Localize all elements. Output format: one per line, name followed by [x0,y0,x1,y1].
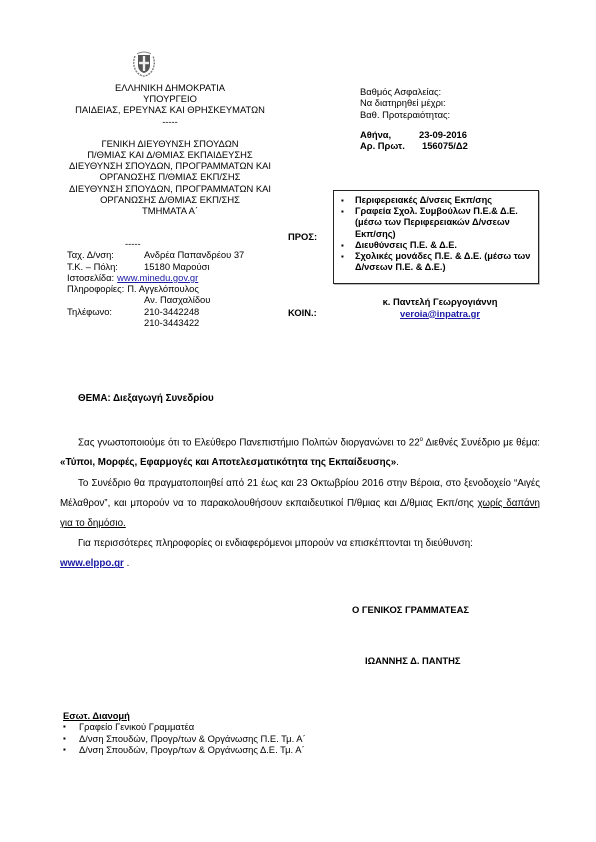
retain-label: Να διατηρηθεί μέχρι: [360,97,468,108]
cc-block: κ. Παντελή Γεωργογιάννη veroia@inpatra.g… [340,296,540,319]
header-line: ΕΛΛΗΝΙΚΗ ΔΗΜΟΚΡΑΤΙΑ [60,82,280,93]
to-label: ΠΡΟΣ: [288,231,317,242]
distribution-item: Δ/νση Σπουδών, Προγρ/των & Οργάνωσης Π.Ε… [63,733,306,744]
info-value: Π. Αγγελόπουλος [127,283,199,294]
paragraph: www.elppo.gr . [60,554,540,574]
city-value: 15180 Μαρούσι [144,261,209,272]
city-label: Τ.Κ. – Πόλη: [67,261,144,272]
security-label: Βαθμός Ασφαλείας: [360,86,468,97]
recipient-item: Διευθύνσεις Π.Ε. & Δ.Ε. [340,240,532,251]
website-label: Ιστοσελίδα: [67,272,114,283]
recipient-item: Περιφερειακές Δ/νσεις Εκπ/σης [340,195,532,206]
paragraph-text: . [124,558,129,569]
conference-website-link[interactable]: www.elppo.gr [60,558,124,569]
org-line: ΟΡΓΑΝΩΣΗΣ Π/ΘΜΙΑΣ ΕΚΠ/ΣΗΣ [60,171,280,182]
street-label: Ταχ. Δ/νση: [67,249,144,260]
header-line: ΠΑΙΔΕΙΑΣ, ΕΡΕΥΝΑΣ ΚΑΙ ΘΡΗΣΚΕΥΜΑΤΩΝ [60,104,280,115]
document-metadata: Βαθμός Ασφαλείας: Να διατηρηθεί μέχρι: Β… [360,86,468,151]
recipients-box: Περιφερειακές Δ/νσεις Εκπ/σης Γραφεία Σχ… [333,190,539,284]
paragraph-text: Διεθνές Συνέδριο με θέμα: [423,437,540,448]
header-separator: ----- [60,116,280,127]
org-line: ΤΜΗΜΑΤΑ Α΄ [60,205,280,216]
recipient-item: Σχολικές μονάδες Π.Ε. & Δ.Ε. (μέσω των Δ… [340,251,532,273]
street-value: Ανδρέα Παπανδρέου 37 [144,249,244,260]
paragraph-text: . [396,457,399,468]
org-line: ΔΙΕΥΘΥΝΣΗ ΣΠΟΥΔΩΝ, ΠΡΟΓΡΑΜΜΑΤΩΝ ΚΑΙ [60,160,280,171]
org-line: ΓΕΝΙΚΗ ΔΙΕΥΘΥΝΣΗ ΣΠΟΥΔΩΝ [60,138,280,149]
cc-email-link[interactable]: veroia@inpatra.gr [400,308,480,319]
address-separator: ----- [67,238,287,249]
priority-label: Βαθ. Προτεραιότητας: [360,109,468,120]
signatory-name: ΙΩΑΝΝΗΣ Δ. ΠΑΝΤΗΣ [365,655,460,666]
address-block: ----- Ταχ. Δ/νση:Ανδρέα Παπανδρέου 37 Τ.… [67,238,287,328]
paragraph: Το Συνέδριο θα πραγματοποιηθεί από 21 έω… [60,474,540,535]
distribution-item: Γραφείο Γενικού Γραμματέα [63,721,306,732]
phone-value: 210-3442248 [144,306,199,317]
letter-body: Σας γνωστοποιούμε ότι το Ελεύθερο Πανεπι… [60,430,540,575]
paragraph-text: Για περισσότερες πληροφορίες οι ενδιαφερ… [78,538,473,549]
protocol-number: 156075/Δ2 [419,140,468,151]
subject-line: ΘΕΜΑ: Διεξαγωγή Συνεδρίου [78,393,214,404]
distribution-heading: Εσωτ. Διανομή [63,710,306,721]
website-link[interactable]: www.minedu.gov.gr [117,272,198,283]
document-date: 23-09-2016 [419,129,467,140]
signatory-title: Ο ΓΕΝΙΚΟΣ ΓΡΑΜΜΑΤΕΑΣ [352,604,469,615]
info-value: Αν. Πασχαλίδου [144,294,210,305]
org-line: ΔΙΕΥΘΥΝΣΗ ΣΠΟΥΔΩΝ, ΠΡΟΓΡΑΜΜΑΤΩΝ ΚΑΙ [60,183,280,194]
paragraph-text: Σας γνωστοποιούμε ότι το Ελεύθερο Πανεπι… [78,437,420,448]
paragraph: Για περισσότερες πληροφορίες οι ενδιαφερ… [60,534,540,554]
greek-coat-of-arms-icon [129,50,159,78]
ministry-header: ΕΛΛΗΝΙΚΗ ΔΗΜΟΚΡΑΤΙΑ ΥΠΟΥΡΓΕΙΟ ΠΑΙΔΕΙΑΣ, … [60,82,280,216]
phone-label: Τηλέφωνο: [67,306,144,317]
info-label: Πληροφορίες: [67,283,124,294]
cc-label: ΚΟΙΝ.: [288,307,317,318]
paragraph-text: Το Συνέδριο θα πραγματοποιηθεί από 21 έω… [60,478,540,509]
protocol-label: Αρ. Πρωτ. [360,140,419,151]
place-label: Αθήνα, [360,129,419,140]
distribution-item: Δ/νση Σπουδών, Προγρ/των & Οργάνωσης Δ.Ε… [63,744,306,755]
org-line: Π/ΘΜΙΑΣ ΚΑΙ Δ/ΘΜΙΑΣ ΕΚΠΑΙΔΕΥΣΗΣ [60,149,280,160]
phone-value: 210-3443422 [144,317,199,328]
cc-name: κ. Παντελή Γεωργογιάννη [340,296,540,308]
header-line: ΥΠΟΥΡΓΕΙΟ [60,93,280,104]
org-line: ΟΡΓΑΝΩΣΗΣ Δ/ΘΜΙΑΣ ΕΚΠ/ΣΗΣ [60,194,280,205]
internal-distribution: Εσωτ. Διανομή Γραφείο Γενικού Γραμματέα … [63,710,306,756]
recipient-item: Γραφεία Σχολ. Συμβούλων Π.Ε.& Δ.Ε. (μέσω… [340,206,532,240]
paragraph: Σας γνωστοποιούμε ότι το Ελεύθερο Πανεπι… [60,430,540,474]
conference-title: «Τύποι, Μορφές, Εφαρμογές και Αποτελεσμα… [60,457,396,468]
